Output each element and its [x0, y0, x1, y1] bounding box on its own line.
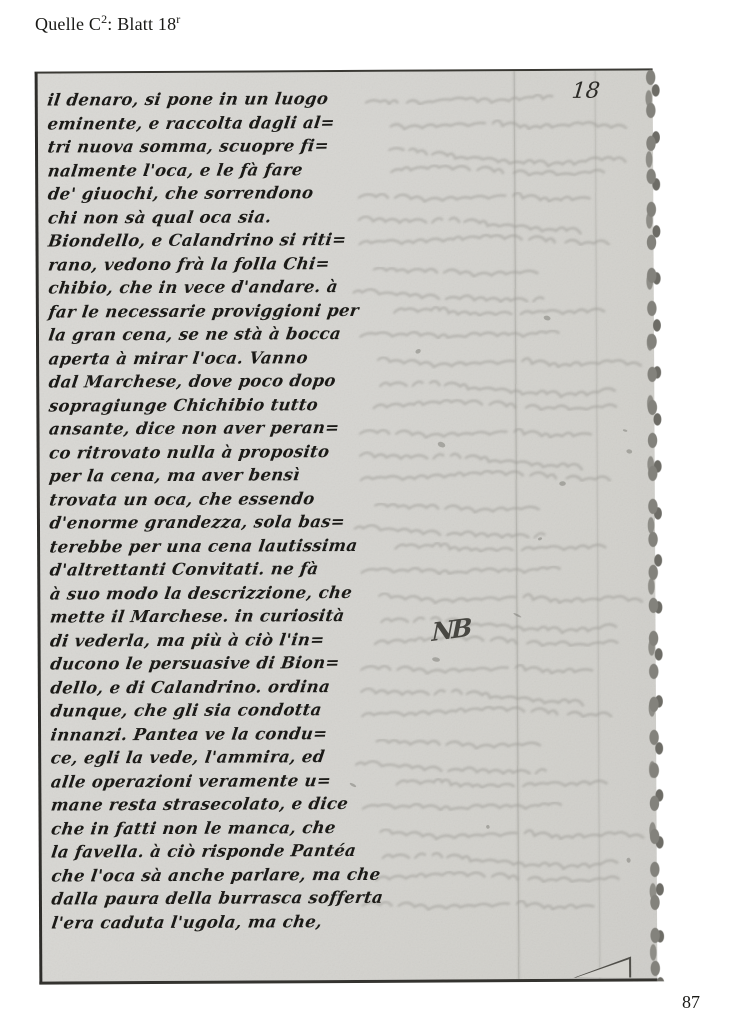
manuscript-line: per la cena, ma aver bensì [48, 463, 423, 488]
manuscript-scan: 18 il denaro, si pone in un luogoeminent… [35, 68, 658, 984]
manuscript-line: sopragiunge Chichibio tutto [47, 392, 422, 417]
manuscript-line: la gran cena, se ne stà à bocca [47, 322, 422, 347]
manuscript-line: rano, vedono frà la folla Chi= [47, 251, 422, 276]
manuscript-text: il denaro, si pone in un luogoeminente, … [46, 87, 422, 935]
caption-text: : Blatt 18 [107, 14, 176, 34]
manuscript-line: d'altrettanti Convitati. ne fà [48, 557, 423, 582]
manuscript-line: ansante, dice non aver peran= [48, 416, 423, 441]
caption-superscript: r [176, 12, 180, 26]
manuscript-line: il denaro, si pone in un luogo [46, 87, 421, 112]
book-page: { "page": { "caption": { "prefix": "Quel… [0, 0, 735, 1030]
manuscript-line: dunque, che gli sia condotta [49, 698, 424, 723]
manuscript-line: tri nuova somma, scuopre fi= [46, 134, 421, 159]
manuscript-line: che in fatti non le manca, che [50, 815, 425, 840]
manuscript-line: di vederla, ma più à ciò l'in= [49, 627, 424, 652]
source-caption: Quelle C2: Blatt 18r [35, 14, 181, 35]
page-number: 87 [682, 992, 700, 1013]
manuscript-line: che l'oca sà anche parlare, ma che [50, 862, 425, 887]
manuscript-line: mette il Marchese. in curiosità [49, 604, 424, 629]
manuscript-line: ce, egli la vede, l'ammira, ed [49, 745, 424, 770]
manuscript-line: alle operazioni veramente u= [49, 768, 424, 793]
manuscript-line: aperta à mirar l'oca. Vanno [47, 345, 422, 370]
manuscript-line: nalmente l'oca, e le fà fare [46, 157, 421, 182]
manuscript-line: l'era caduta l'ugola, ma che, [50, 909, 425, 934]
manuscript-line: dal Marchese, dove poco dopo [47, 369, 422, 394]
manuscript-line: dello, e di Calandrino. ordina [49, 674, 424, 699]
manuscript-line: d'enorme grandezza, sola bas= [48, 510, 423, 535]
manuscript-line: terebbe per una cena lautissima [48, 533, 423, 558]
manuscript-line: co ritrovato nulla à proposito [48, 439, 423, 464]
deckle-edge [645, 68, 667, 981]
manuscript-line: à suo modo la descrizzione, che [48, 580, 423, 605]
manuscript-line: chi non sà qual oca sia. [46, 204, 421, 229]
manuscript-line: mane resta strasecolato, e dice [50, 792, 425, 817]
folio-number: 18 [570, 79, 600, 104]
manuscript-line: Biondello, e Calandrino si riti= [47, 228, 422, 253]
manuscript-line: far le necessarie proviggioni per [47, 298, 422, 323]
caption-text: Quelle C [35, 14, 101, 34]
manuscript-line: de' giuochi, che sorrendono [46, 181, 421, 206]
manuscript-line: trovata un oca, che essendo [48, 486, 423, 511]
paper-crease [514, 71, 520, 979]
manuscript-line: innanzi. Pantea ve la condu= [49, 721, 424, 746]
manuscript-line: eminente, e raccolta dagli al= [46, 110, 421, 135]
margin-note-nb: NB [432, 613, 470, 647]
manuscript-line: la favella. à ciò risponde Pantéa [50, 839, 425, 864]
manuscript-line: chibio, che in vece d'andare. à [47, 275, 422, 300]
manuscript-line: dalla paura della burrasca sofferta [50, 886, 425, 911]
manuscript-line: ducono le persuasive di Bion= [49, 651, 424, 676]
paper-crease [595, 71, 601, 979]
